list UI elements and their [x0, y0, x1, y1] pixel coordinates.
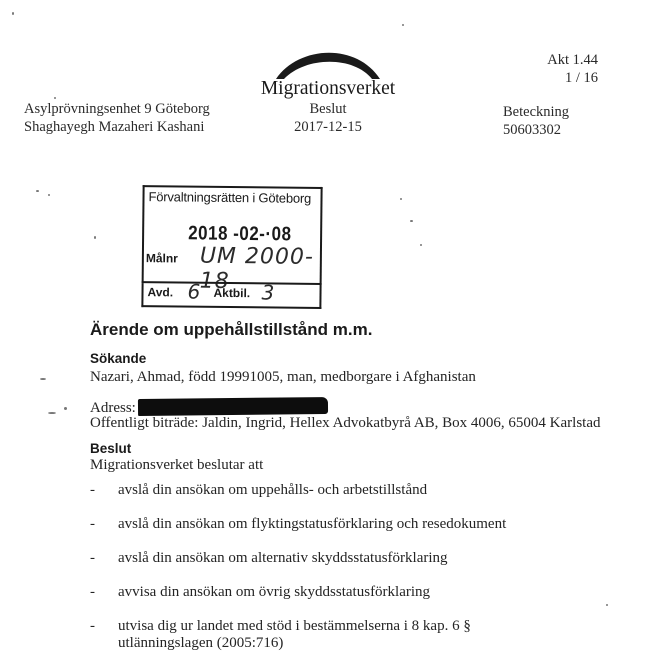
scan-speck	[420, 244, 422, 246]
applicant-details: Nazari, Ahmad, född 19991005, man, medbo…	[90, 369, 476, 386]
scan-speck	[400, 198, 402, 200]
issuing-unit: Asylprövningsenhet 9 Göteborg	[24, 100, 210, 118]
stamp-aktbil-value: 3	[261, 280, 274, 304]
akt-number: Akt 1.44	[547, 51, 598, 69]
stamp-bottom-row: Avd. 6 Aktbil. 3	[141, 283, 321, 309]
scan-speck	[40, 378, 46, 380]
public-counsel: Offentligt biträde: Jaldin, Ingrid, Hell…	[90, 415, 600, 432]
stamp-avd-value: 6	[187, 280, 200, 304]
scan-speck	[94, 236, 96, 239]
scan-speck	[36, 190, 39, 192]
agency-logo-block: Migrationsverket Beslut 2017-12-15	[248, 48, 408, 136]
applicant-label: Sökande	[90, 351, 146, 366]
issuing-unit-block: Asylprövningsenhet 9 Göteborg Shaghayegh…	[24, 100, 210, 136]
decision-intro: Migrationsverket beslutar att	[90, 457, 263, 474]
decision-label: Beslut	[90, 441, 131, 456]
court-received-stamp: Förvaltningsrätten i Göteborg 2018 -02-·…	[141, 185, 320, 309]
scan-speck	[48, 194, 50, 196]
decision-date: 2017-12-15	[248, 118, 408, 136]
case-title: Ärende om uppehållstillstånd m.m.	[90, 320, 372, 340]
scan-speck	[54, 97, 56, 99]
reference-number: 50603302	[503, 121, 569, 139]
agency-name: Migrationsverket	[248, 78, 408, 100]
arc-logo-icon	[272, 48, 384, 80]
stamp-aktbil-label: Aktbil.	[213, 286, 250, 300]
decision-item: - avslå din ansökan om alternativ skydds…	[90, 550, 630, 567]
scan-speck	[402, 24, 404, 26]
scan-speck	[12, 12, 14, 15]
scan-speck	[410, 220, 413, 222]
reference-block: Beteckning 50603302	[503, 103, 569, 139]
scan-speck	[64, 407, 67, 410]
file-reference-block: Akt 1.44 1 / 16	[547, 51, 598, 87]
decision-item: - avvisa din ansökan om övrig skyddsstat…	[90, 584, 630, 601]
decision-item: - avslå din ansökan om flyktingstatusför…	[90, 516, 630, 533]
page-number: 1 / 16	[547, 69, 598, 87]
reference-label: Beteckning	[503, 103, 569, 121]
stamp-malnr-label: Målnr	[146, 251, 178, 265]
case-officer: Shaghayegh Mazaheri Kashani	[24, 118, 210, 136]
stamp-court-name: Förvaltningsrätten i Göteborg	[148, 189, 311, 206]
address-label: Adress:	[90, 400, 136, 416]
decision-list: - avslå din ansökan om uppehålls- och ar…	[90, 482, 630, 669]
scan-speck	[48, 412, 56, 414]
stamp-avd-label: Avd.	[147, 285, 173, 299]
address-redaction	[138, 397, 328, 416]
stamp-date: 2018 -02-·08	[188, 222, 292, 246]
decision-item: - avslå din ansökan om uppehålls- och ar…	[90, 482, 630, 499]
document-type: Beslut	[248, 100, 408, 118]
decision-item: - utvisa dig ur landet med stöd i bestäm…	[90, 618, 630, 652]
